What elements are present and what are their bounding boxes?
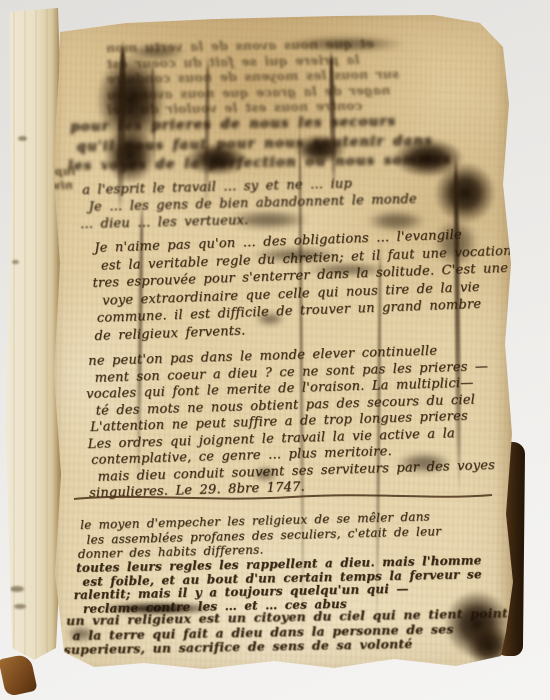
manuscript-photo: et que nous avons de la vertu monla prie… — [0, 0, 550, 700]
manuscript-line: … dieu … les vertueux. — [80, 212, 249, 233]
ink-blot — [252, 466, 278, 482]
leather-binding-corner — [0, 653, 38, 697]
ink-smear — [96, 602, 218, 615]
ink-fleck — [12, 260, 19, 264]
manuscript-page: et que nous avons de la vertu monla prie… — [36, 14, 514, 672]
ink-fleck — [14, 604, 26, 609]
paragraph-priere: ne peut'on pas dans le monde elever cont… — [88, 342, 496, 502]
ink-blot — [396, 452, 452, 474]
ink-fleck — [18, 136, 27, 141]
ink-blot — [126, 44, 186, 60]
hand-drawn-rule — [72, 492, 496, 504]
facing-page-edge — [4, 8, 62, 660]
ink-blot — [250, 247, 342, 263]
ink-blot — [434, 162, 496, 224]
ink-blot — [104, 126, 156, 184]
ink-blot — [304, 263, 390, 276]
ink-blot — [255, 312, 285, 326]
ink-blot — [226, 210, 310, 230]
ink-blot — [286, 36, 406, 52]
ink-fleck — [10, 586, 24, 592]
paragraph-habits: le moyen d'empecher les religieux de se … — [80, 509, 442, 561]
ink-blot — [294, 134, 346, 164]
ink-blot — [66, 626, 96, 642]
ink-blot — [186, 142, 248, 176]
ink-blot — [366, 210, 426, 232]
